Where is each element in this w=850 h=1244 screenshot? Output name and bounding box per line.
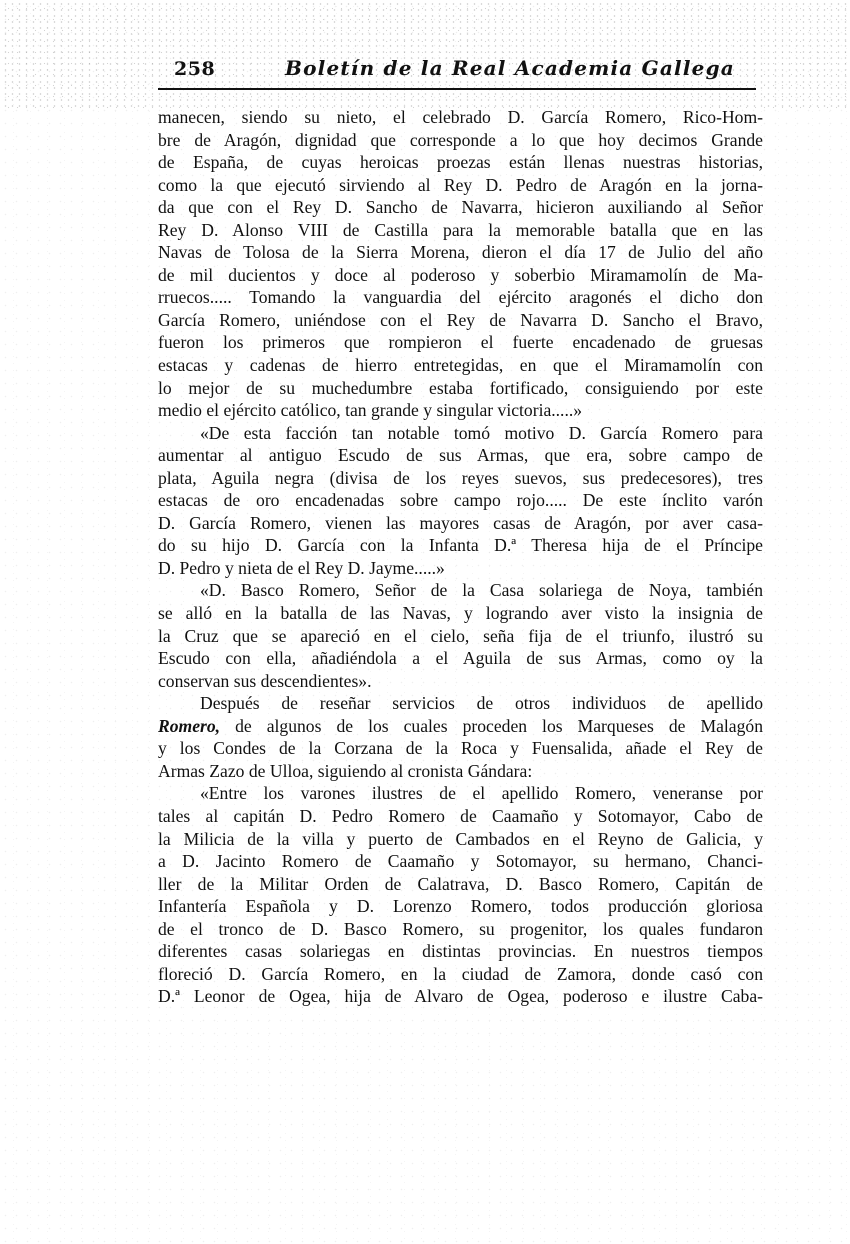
text-line: floreció D. García Romero, en la ciudad … — [158, 963, 763, 986]
scan-noise-top — [0, 0, 850, 110]
text-line: medio el ejército católico, tan grande y… — [158, 399, 763, 422]
text-line: plata, Aguila negra (divisa de los reyes… — [158, 467, 763, 490]
journal-title: Boletín de la Real Academia Gallega — [285, 56, 735, 80]
text-line: Romero, de algunos de los cuales procede… — [158, 715, 763, 738]
text-line: lo mejor de su muchedumbre estaba fortif… — [158, 377, 763, 400]
page-number: 258 — [174, 58, 215, 80]
text-line: como la que ejecutó sirviendo al Rey D. … — [158, 174, 763, 197]
text-line: de el tronco de D. Basco Romero, su prog… — [158, 918, 763, 941]
text-line: Armas Zazo de Ulloa, siguiendo al cronis… — [158, 760, 763, 783]
text-line: aumentar al antiguo Escudo de sus Armas,… — [158, 444, 763, 467]
text-line: D. García Romero, vienen las mayores cas… — [158, 512, 763, 535]
text-line: «Entre los varones ilustres de el apelli… — [158, 782, 763, 805]
text-line: do su hijo D. García con la Infanta D.ª … — [158, 534, 763, 557]
running-header: 258 Boletín de la Real Academia Gallega — [158, 56, 758, 86]
text-line: D.ª Leonor de Ogea, hija de Alvaro de Og… — [158, 985, 763, 1008]
header-rule — [158, 88, 756, 90]
text-line: Después de reseñar servicios de otros in… — [158, 692, 763, 715]
text-line: «De esta facción tan notable tomó motivo… — [158, 422, 763, 445]
text-line: se alló en la batalla de las Navas, y lo… — [158, 602, 763, 625]
text-line: tales al capitán D. Pedro Romero de Caam… — [158, 805, 763, 828]
text-line: conservan sus descendientes». — [158, 670, 763, 693]
text-line: bre de Aragón, dignidad que corresponde … — [158, 129, 763, 152]
body-text: manecen, siendo su nieto, el celebrado D… — [158, 106, 763, 1008]
text-line: de mil ducientos y doce al poderoso y so… — [158, 264, 763, 287]
italic-surname: Romero, — [158, 716, 220, 736]
text-line: García Romero, uniéndose con el Rey de N… — [158, 309, 763, 332]
text-line: Escudo con ella, añadiéndola a el Aguila… — [158, 647, 763, 670]
text-line: la Milicia de la villa y puerto de Camba… — [158, 828, 763, 851]
text-line: Infantería Española y D. Lorenzo Romero,… — [158, 895, 763, 918]
text-line: manecen, siendo su nieto, el celebrado D… — [158, 106, 763, 129]
text-line: D. Pedro y nieta de el Rey D. Jayme.....… — [158, 557, 763, 580]
text-line: da que con el Rey D. Sancho de Navarra, … — [158, 196, 763, 219]
text-line: estacas de oro encadenadas sobre campo r… — [158, 489, 763, 512]
text-line: de España, de cuyas heroicas proezas est… — [158, 151, 763, 174]
text-line: a D. Jacinto Romero de Caamaño y Sotomay… — [158, 850, 763, 873]
text-line: fueron los primeros que rompieron el fue… — [158, 331, 763, 354]
text-line: diferentes casas solariegas en distintas… — [158, 940, 763, 963]
text-line: Rey D. Alonso VIII de Castilla para la m… — [158, 219, 763, 242]
text-line: la Cruz que se apareció en el cielo, señ… — [158, 625, 763, 648]
text-line: estacas y cadenas de hierro entretegidas… — [158, 354, 763, 377]
text-line: Navas de Tolosa de la Sierra Morena, die… — [158, 241, 763, 264]
text-line: rruecos..... Tomando la vanguardia del e… — [158, 286, 763, 309]
text-line: y los Condes de la Corzana de la Roca y … — [158, 737, 763, 760]
text-line: «D. Basco Romero, Señor de la Casa solar… — [158, 579, 763, 602]
text-line: ller de la Militar Orden de Calatrava, D… — [158, 873, 763, 896]
